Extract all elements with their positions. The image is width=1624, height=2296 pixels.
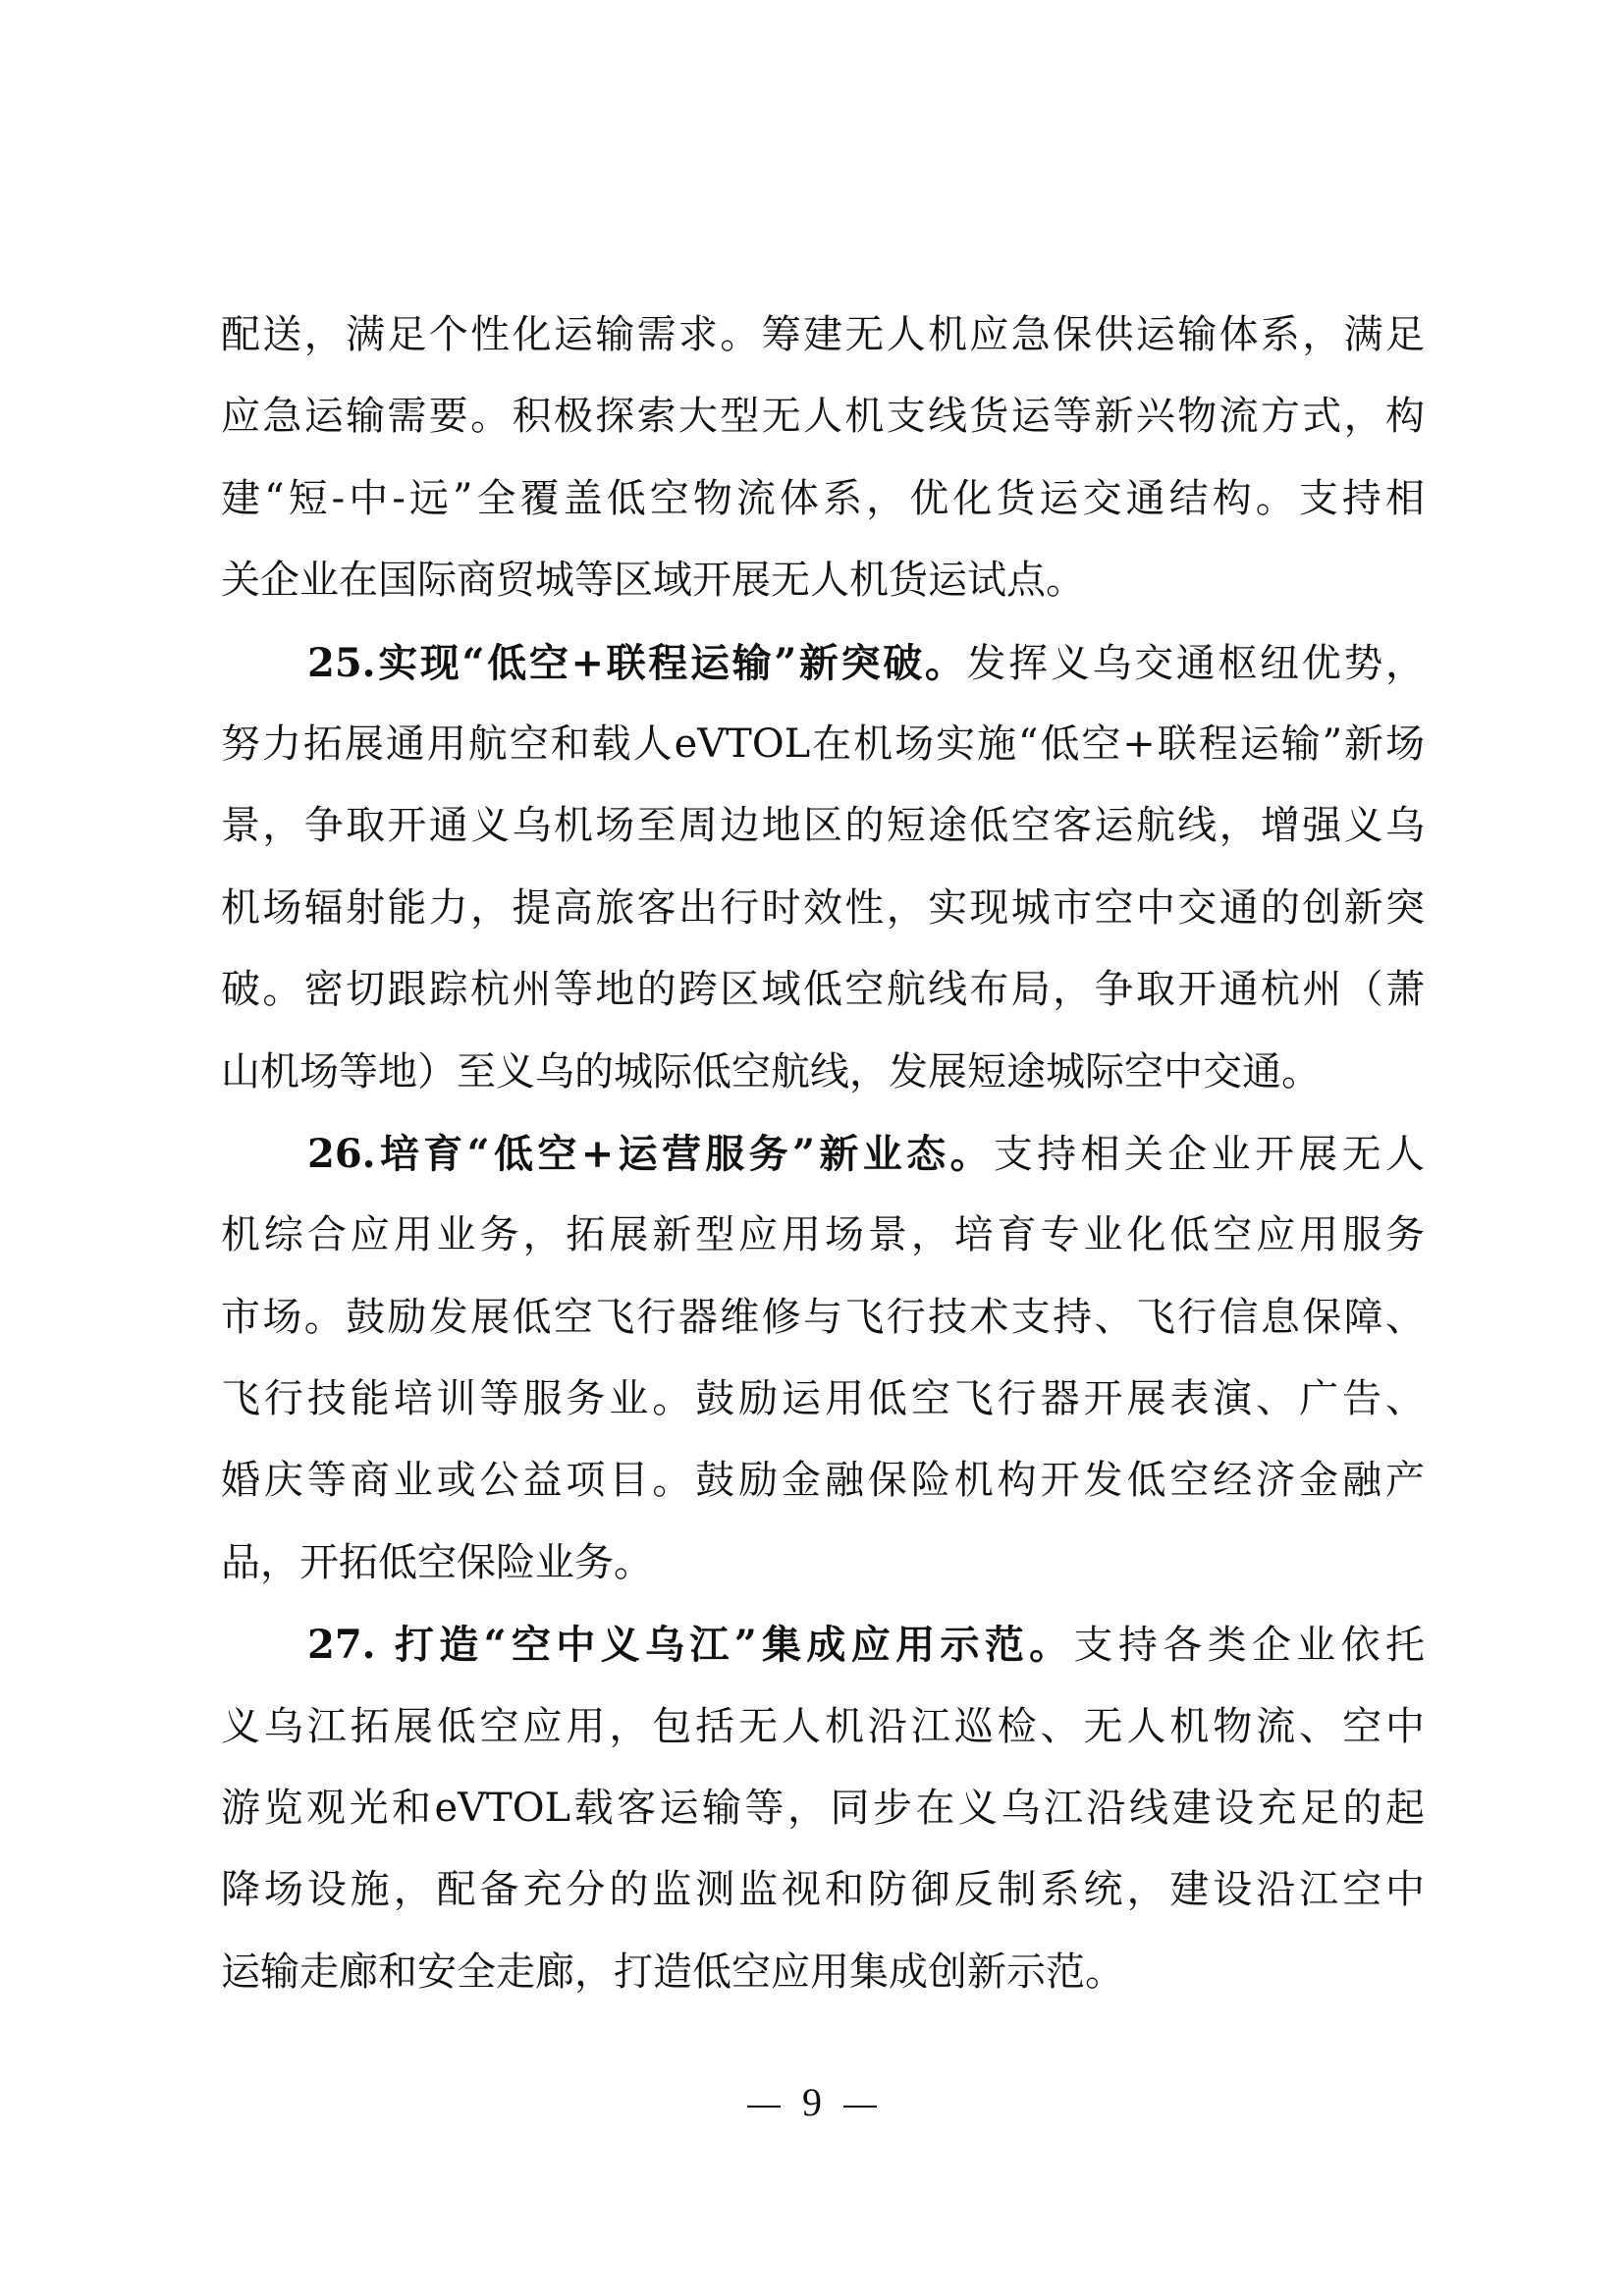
text-line: 飞行技能培训等服务业。鼓励运用低空飞行器开展表演、广告、	[221, 1359, 1425, 1440]
item-26-text: 支持相关企业开展无人	[994, 1132, 1425, 1177]
page-number-dash-left	[747, 2106, 781, 2108]
text-line: 景，争取开通义乌机场至周边地区的短途低空客运航线，增强义乌	[221, 785, 1425, 867]
document-page: 配送，满足个性化运输需求。筹建无人机应急保供运输体系，满足 应急运输需要。积极探…	[0, 0, 1624, 2296]
text-line: 破。密切跟踪杭州等地的跨区域低空航线布局，争取开通杭州（萧	[221, 949, 1425, 1031]
text-line: 义乌江拓展低空应用，包括无人机沿江巡检、无人机物流、空中	[221, 1686, 1425, 1768]
body-text: 配送，满足个性化运输需求。筹建无人机应急保供运输体系，满足 应急运输需要。积极探…	[221, 294, 1425, 2013]
text-line: 婚庆等商业或公益项目。鼓励金融保险机构开发低空经济金融产	[221, 1440, 1425, 1522]
page-number-dash-right	[843, 2106, 877, 2108]
text-line: 建“短-中-远”全覆盖低空物流体系，优化货运交通结构。支持相	[221, 458, 1425, 540]
text-line: 山机场等地）至义乌的城际低空航线，发展短途城际空中交通。	[221, 1032, 1425, 1113]
text-line: 降场设施，配备充分的监测监视和防御反制系统，建设沿江空中	[221, 1849, 1425, 1931]
text-line: 配送，满足个性化运输需求。筹建无人机应急保供运输体系，满足	[221, 294, 1425, 376]
page-number: 9	[0, 2079, 1624, 2126]
text-line: 游览观光和eVTOL载客运输等，同步在义乌江沿线建设充足的起	[221, 1768, 1425, 1849]
text-line: 努力拓展通用航空和载人eVTOL在机场实施“低空+联程运输”新场	[221, 704, 1425, 785]
item-27-heading: 27. 打造“空中义乌江”集成应用示范。	[307, 1622, 1074, 1668]
page-number-value: 9	[802, 2080, 822, 2124]
paragraph-25-first-line: 25.实现“低空+联程运输”新突破。发挥义乌交通枢纽优势，	[221, 622, 1425, 704]
item-27-text: 支持各类企业依托	[1074, 1623, 1425, 1668]
paragraph-26-first-line: 26.培育“低空+运营服务”新业态。支持相关企业开展无人	[221, 1113, 1425, 1195]
item-25-heading: 25.实现“低空+联程运输”新突破。	[307, 640, 967, 686]
text-line: 关企业在国际商贸城等区域开展无人机货运试点。	[221, 540, 1425, 621]
item-26-heading: 26.培育“低空+运营服务”新业态。	[307, 1131, 994, 1177]
text-line: 机综合应用业务，拓展新型应用场景，培育专业化低空应用服务	[221, 1195, 1425, 1276]
text-line: 市场。鼓励发展低空飞行器维修与飞行技术支持、飞行信息保障、	[221, 1277, 1425, 1359]
item-25-text: 发挥义乌交通枢纽优势，	[967, 641, 1426, 686]
paragraph-27-first-line: 27. 打造“空中义乌江”集成应用示范。支持各类企业依托	[221, 1604, 1425, 1685]
text-line: 运输走廊和安全走廊，打造低空应用集成创新示范。	[221, 1932, 1425, 2013]
text-line: 品，开拓低空保险业务。	[221, 1522, 1425, 1604]
text-line: 机场辐射能力，提高旅客出行时效性，实现城市空中交通的创新突	[221, 868, 1425, 949]
text-line: 应急运输需要。积极探索大型无人机支线货运等新兴物流方式，构	[221, 376, 1425, 457]
